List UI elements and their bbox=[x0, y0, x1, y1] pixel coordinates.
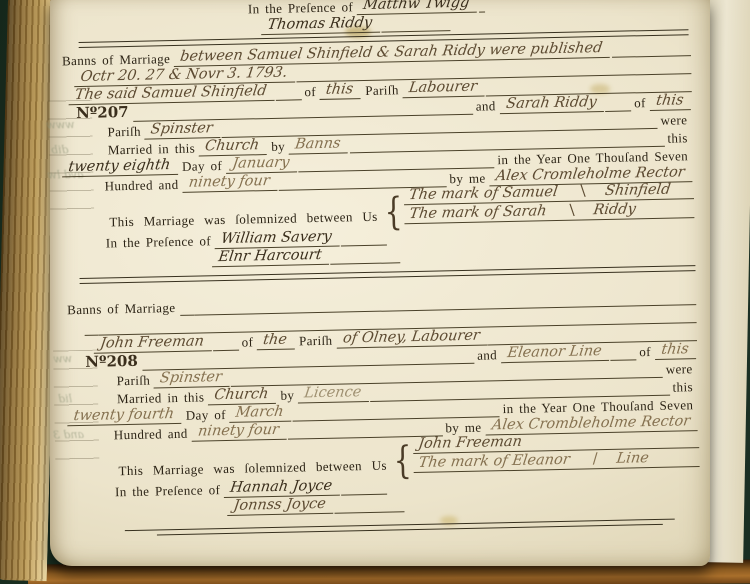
signature-column: John Freeman The mark of Eleanor / Line bbox=[413, 429, 700, 473]
this-label: this bbox=[669, 379, 698, 396]
banns-label: Banns of Marriage bbox=[64, 300, 181, 318]
of-fill: the bbox=[257, 332, 297, 350]
groom-signature: John Freeman bbox=[412, 435, 532, 454]
solemnized-label: This Marriage was ſolemnized between Us bbox=[115, 458, 392, 480]
parish-label: Pariſh bbox=[362, 82, 404, 99]
of-fill: this bbox=[320, 82, 364, 100]
bride-name: Eleanor Line bbox=[501, 344, 612, 363]
by-label: by bbox=[277, 387, 299, 403]
were-label: were bbox=[657, 112, 692, 129]
ruled-line bbox=[331, 261, 401, 264]
bride-mark: / bbox=[578, 449, 611, 469]
parish-label: Pariſh bbox=[296, 333, 338, 350]
bride-condition: Spinster bbox=[145, 121, 223, 140]
of-fill: this bbox=[650, 93, 694, 111]
method-fill: Banns bbox=[289, 136, 351, 154]
bleed-through-text: dib bbox=[51, 143, 69, 156]
were-label: were bbox=[663, 361, 698, 378]
occupation: Labourer bbox=[403, 79, 487, 98]
presence-label: In the Preſence of bbox=[103, 233, 217, 251]
witness-signature: Elnr Harcourt bbox=[212, 248, 332, 268]
of-label: of bbox=[636, 344, 656, 360]
page-content: www dib avd lw ww lid and 3 In the Preſe… bbox=[44, 0, 716, 567]
method-fill: Licence bbox=[298, 385, 371, 404]
bride-mark-text: The mark of Eleanor bbox=[413, 453, 580, 473]
banns-entry bbox=[180, 314, 194, 316]
married-label: Married in this bbox=[114, 389, 210, 407]
day-fill: twenty fourth bbox=[67, 407, 184, 426]
month-fill: March bbox=[230, 405, 294, 423]
brace-glyph: { bbox=[382, 192, 405, 233]
day-fill: twenty eighth bbox=[62, 158, 180, 177]
occupation: of Olney, Labourer bbox=[336, 328, 489, 348]
bride-mark: \ bbox=[555, 200, 588, 220]
bride-surname: Line bbox=[611, 451, 659, 468]
parish-label: Pariſh bbox=[114, 372, 156, 389]
bleed-through-text: and 3 bbox=[53, 428, 84, 442]
of-label: of bbox=[301, 84, 321, 100]
marriage-register-photo: www dib avd lw ww lid and 3 In the Preſe… bbox=[0, 0, 750, 584]
church-fill: Church bbox=[208, 387, 278, 405]
witness-signature: Jonnss Joyce bbox=[227, 497, 335, 516]
groom-name: John Freeman bbox=[94, 334, 214, 354]
entry-208: Banns of Marriage John Freeman of the Pa… bbox=[64, 287, 700, 519]
entry-207: Banns of Marriage between Samuel Shinfie… bbox=[59, 38, 695, 270]
month-fill: January bbox=[226, 155, 299, 174]
ruled-line bbox=[479, 10, 485, 12]
register-page: www dib avd lw ww lid and 3 In the Preſe… bbox=[50, 0, 710, 566]
day-of-label: Day of bbox=[179, 158, 227, 175]
by-label: by bbox=[268, 139, 290, 155]
year-words: ninety four bbox=[192, 423, 289, 442]
banns-dates bbox=[85, 334, 99, 336]
groom-surname: Shinfield bbox=[599, 182, 681, 200]
year-words: ninety four bbox=[182, 174, 279, 193]
bride-surname: Riddy bbox=[588, 202, 646, 219]
bride-mark-text: The mark of Sarah bbox=[403, 204, 556, 223]
witness-signature: Thomas Riddy bbox=[261, 16, 382, 36]
hundred-label: Hundred and bbox=[101, 177, 183, 195]
bleed-through-text: ww bbox=[53, 352, 72, 365]
presence-label: In the Preſence of bbox=[112, 482, 226, 500]
entry-divider bbox=[157, 524, 663, 536]
signature-column: The mark of Samuel \ Shinfield The mark … bbox=[404, 180, 695, 224]
this-label: this bbox=[664, 130, 693, 147]
married-label: Married in this bbox=[105, 140, 201, 158]
witness-signature: Matthw Twigg bbox=[357, 0, 480, 15]
ruled-line bbox=[381, 29, 451, 32]
brace-glyph: { bbox=[391, 441, 414, 482]
hundred-label: Hundred and bbox=[111, 426, 193, 444]
bleed-through-text: lid bbox=[58, 392, 72, 405]
of-label: of bbox=[238, 334, 258, 350]
church-fill: Church bbox=[199, 138, 269, 156]
of-fill: this bbox=[655, 342, 699, 360]
solemnized-label: This Marriage was ſolemnized between Us bbox=[106, 209, 383, 231]
and-label: and bbox=[474, 347, 502, 364]
bride-name: Sarah Riddy bbox=[500, 95, 607, 114]
and-label: and bbox=[473, 98, 501, 115]
bleed-through-text: www bbox=[46, 118, 75, 132]
day-of-label: Day of bbox=[183, 407, 231, 424]
witness-signature: William Savery bbox=[215, 230, 342, 250]
ruled-line bbox=[335, 510, 405, 513]
parish-label: Pariſh bbox=[104, 124, 146, 141]
witness-line: Thomas Riddy bbox=[262, 13, 450, 35]
bride-condition: Spinster bbox=[154, 370, 232, 389]
of-label: of bbox=[631, 95, 651, 111]
